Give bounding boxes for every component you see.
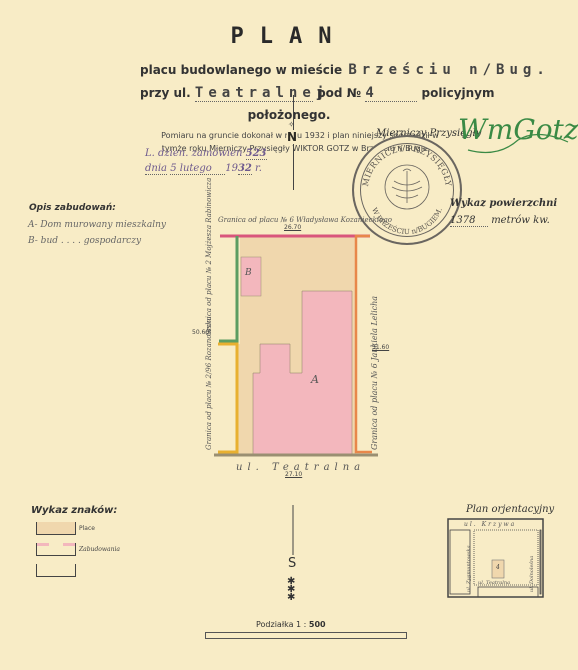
bottom-dimension: 27.10 <box>285 471 302 478</box>
building-b-label: B <box>245 268 252 278</box>
legend-label-buildings: Zabudowania <box>79 546 120 553</box>
orientation-plot-number: 4 <box>496 564 500 571</box>
left-lower-border <box>218 344 237 452</box>
south-label: S <box>288 556 296 571</box>
legend-swatch-buildings <box>36 543 76 556</box>
legend-swatch-empty <box>36 564 76 577</box>
left-lower-label: Granica od placu № 2/96 Rozanowska <box>205 316 213 450</box>
orientation-title: Plan orjentacyjny <box>466 504 554 515</box>
compass-ornament-icon: ✱✱✱ <box>287 578 295 602</box>
right-dimension: 51.60 <box>372 344 389 351</box>
top-dimension: 26.70 <box>284 224 301 231</box>
orientation-street-right: ul. Dolnoleśna <box>529 556 535 592</box>
left-dimension: 50.60 <box>192 329 209 336</box>
scale-label-row: Podziałka 1 : 500 <box>256 620 326 629</box>
left-upper-label: Granica od placu № 2 Mojżesza Rabinowicz… <box>205 178 213 336</box>
orientation-street-bottom: ul. Teatralna <box>478 580 510 586</box>
legend-title: Wykaz znaków: <box>31 505 117 516</box>
orientation-street-top: ul. Krzywa <box>464 521 516 528</box>
building-a-label: A <box>311 373 319 386</box>
top-border-label: Granica od placu № 6 Władysława Kozaniec… <box>218 216 392 224</box>
legend-label-place: Place <box>79 525 95 532</box>
legend-swatch-place <box>36 522 76 535</box>
left-upper-border <box>219 236 237 341</box>
scale-bar <box>205 632 407 639</box>
orientation-street-left: ul. Zygmuntowska <box>466 545 472 592</box>
right-border-label: Granica od placu № 6 Jankiela Lelicha <box>370 296 379 450</box>
